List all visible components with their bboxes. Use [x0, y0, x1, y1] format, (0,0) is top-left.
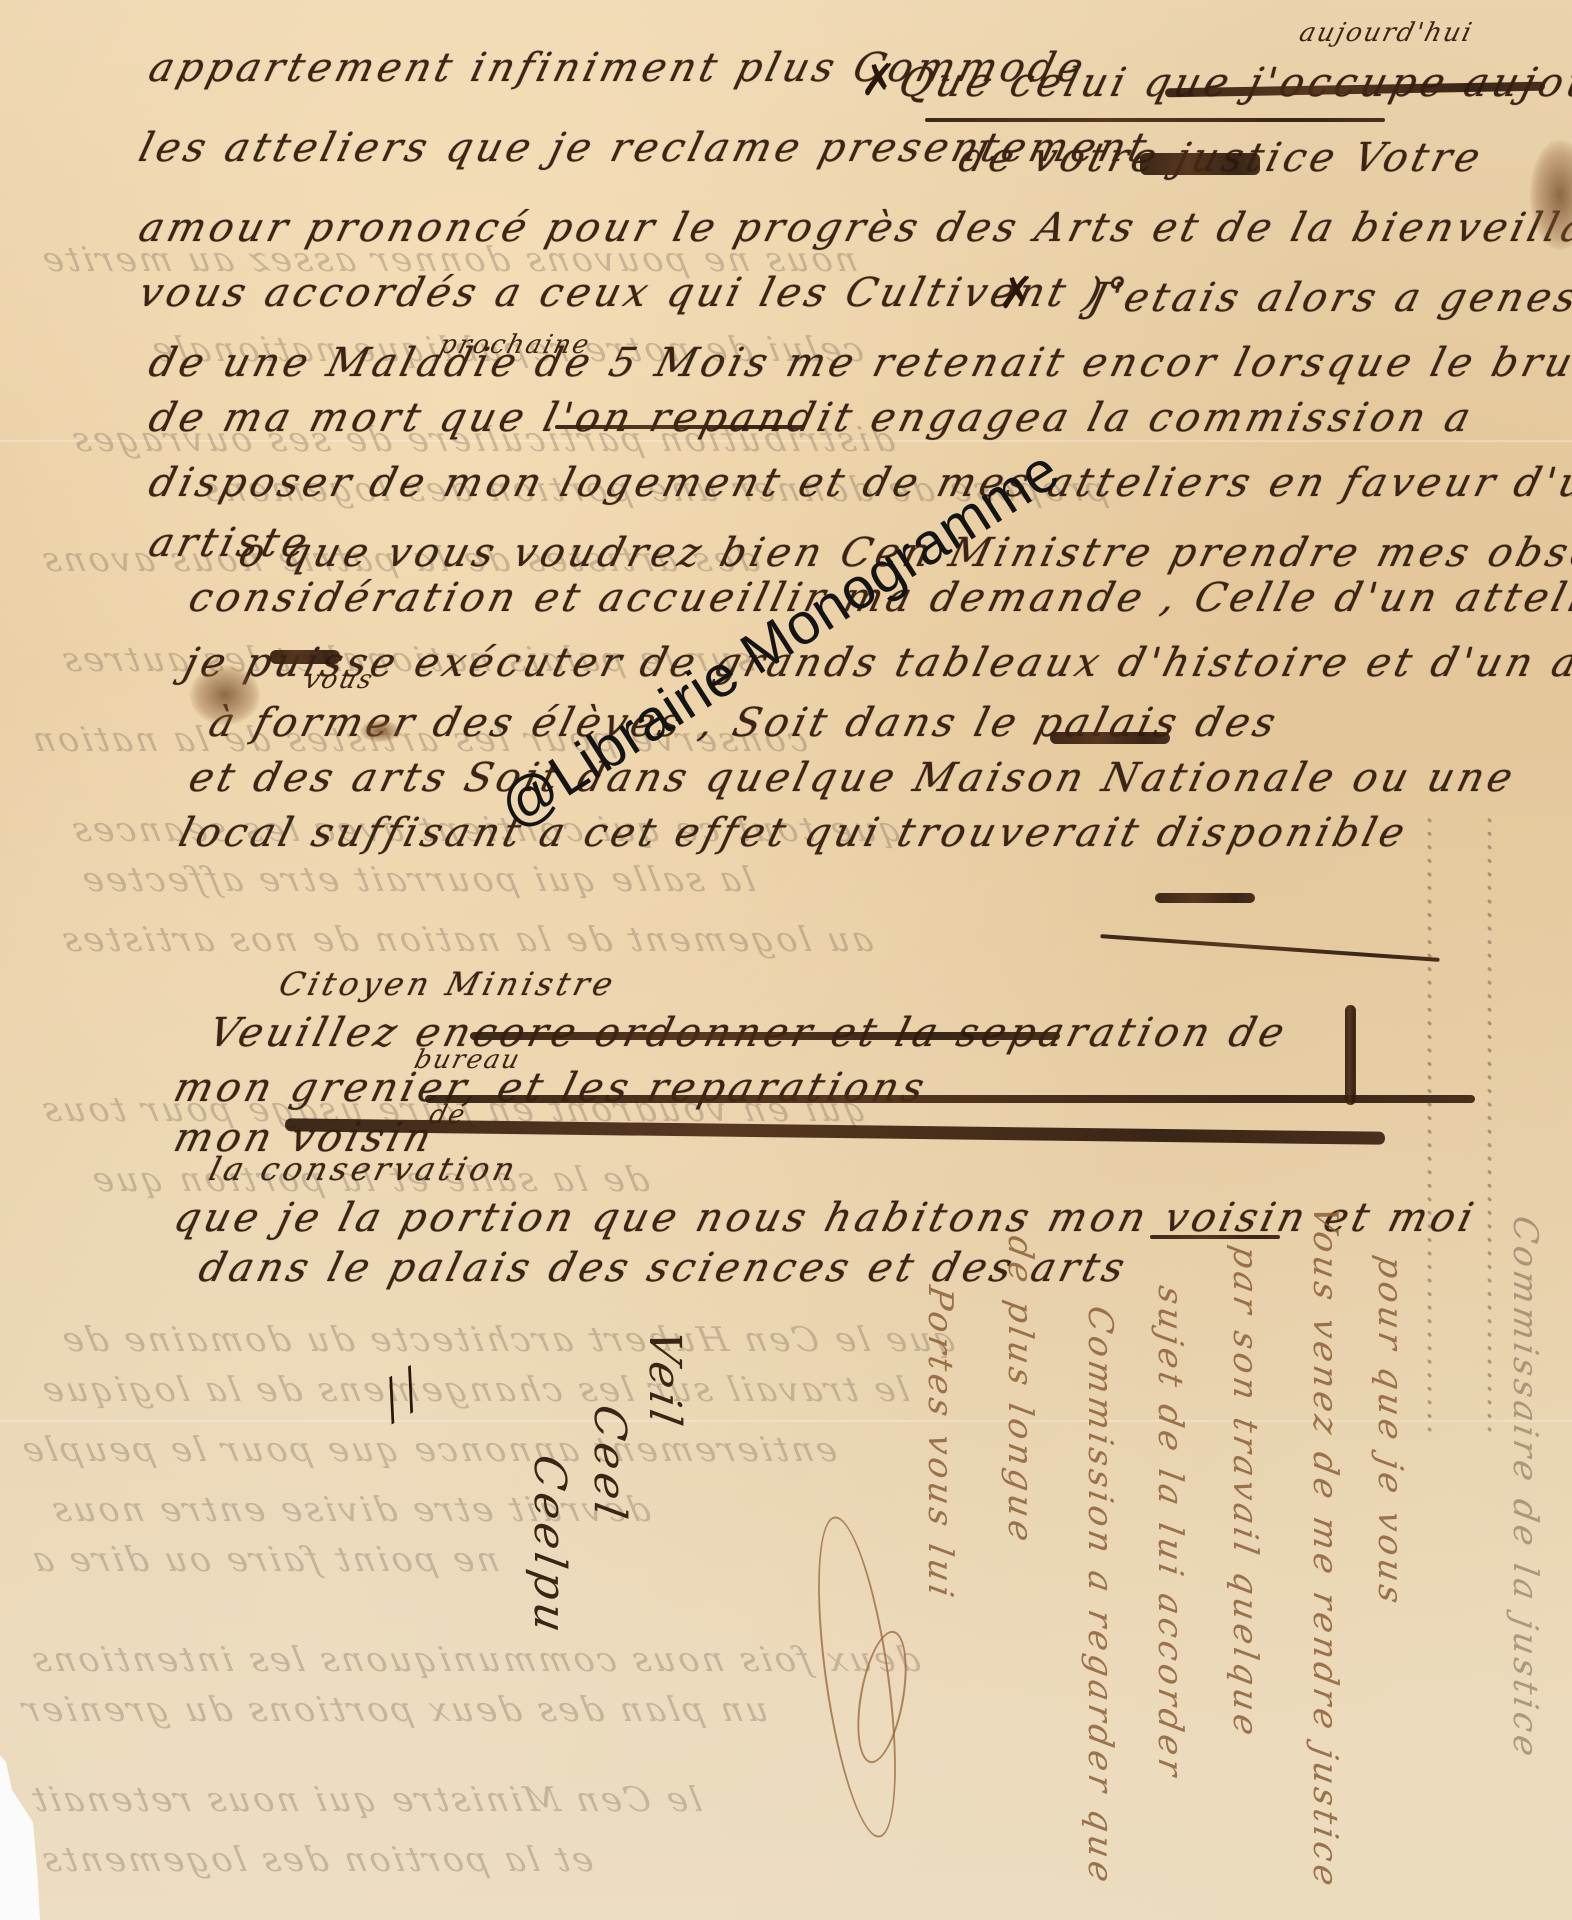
strikethrough — [1155, 893, 1255, 903]
manuscript-line: et des arts Soit dans quelque Maison Nat… — [184, 755, 1521, 801]
interlinear-insertion: vous — [301, 665, 377, 695]
margin-vertical-text: ........................................… — [1420, 814, 1455, 1443]
strikethrough — [555, 425, 805, 429]
insertion-mark-icon: ✗ — [998, 268, 1035, 319]
manuscript-line: que je la portion que nous habitons mon … — [169, 1195, 1481, 1241]
strikethrough — [470, 1032, 1060, 1040]
interlinear-insertion: bureau — [411, 1045, 524, 1075]
manuscript-line: la conservation — [205, 1150, 523, 1188]
manuscript-line: mon grenier, et les reparations — [169, 1065, 932, 1111]
tally-mark-icon: ╱╱ — [373, 1367, 431, 1424]
insertion-mark-icon: ✗ — [860, 55, 897, 106]
manuscript-line: amour prononcé pour le progrès des Arts … — [134, 205, 1572, 251]
manuscript-line-continuation: J'etais alors a genes — [1084, 275, 1572, 321]
margin-vertical-text: de plus longue — [1000, 1233, 1040, 1549]
strikethrough — [285, 1118, 1385, 1144]
margin-vertical-text: Portes vous lui — [920, 1283, 960, 1604]
manuscript-line: de ma mort que l'on repandit engagea la … — [144, 395, 1479, 441]
strikethrough — [270, 650, 340, 664]
margin-vertical-text: pour que je vous — [1370, 1253, 1410, 1610]
strikethrough — [1150, 1235, 1280, 1239]
manuscript-line: Citoyen Ministre — [275, 965, 620, 1003]
manuscript-line: de une Maladie de 5 Mois me retenait enc… — [144, 340, 1572, 386]
ink-blot — [190, 665, 260, 725]
manuscript-line: disposer de mon logement et de mes attel… — [144, 460, 1572, 506]
strikethrough — [1050, 732, 1170, 744]
manuscript-line: je puisse exécuter de grands tableaux d'… — [179, 640, 1572, 686]
manuscript-line: vous accordés a ceux qui les Cultivent )… — [134, 270, 1134, 316]
manuscript-line: dans le palais des sciences et des arts — [194, 1245, 1133, 1291]
vertical-stroke — [1345, 1005, 1356, 1105]
margin-vertical-text: Veil — [639, 1326, 690, 1433]
strikethrough — [425, 1095, 1475, 1103]
interlinear-insertion: prochaine — [436, 330, 593, 360]
margin-vertical-text: Commission a regarder que — [1080, 1303, 1120, 1889]
margin-vertical-text: Vous venez de me rendre justice — [1305, 1203, 1345, 1893]
strikethrough — [925, 118, 1385, 122]
manuscript-line: local suffisant a cet effet qui trouvera… — [174, 810, 1413, 856]
margin-vertical-text: Ceelpu — [524, 1451, 575, 1640]
strikethrough — [1100, 934, 1439, 962]
interlinear-insertion: aujourd'hui — [1296, 18, 1476, 48]
manuscript-page: nous ne pouvons donner assez au merite c… — [0, 0, 1572, 1920]
margin-vertical-text: Commissaire de la justice — [1505, 1213, 1545, 1763]
margin-vertical-text: par son travail quelque — [1225, 1243, 1265, 1742]
strikethrough — [1140, 153, 1260, 175]
ink-blot — [360, 720, 400, 742]
margin-vertical-text: sujet de la lui accorder — [1150, 1283, 1190, 1783]
margin-vertical-text: Ceel — [584, 1401, 635, 1526]
